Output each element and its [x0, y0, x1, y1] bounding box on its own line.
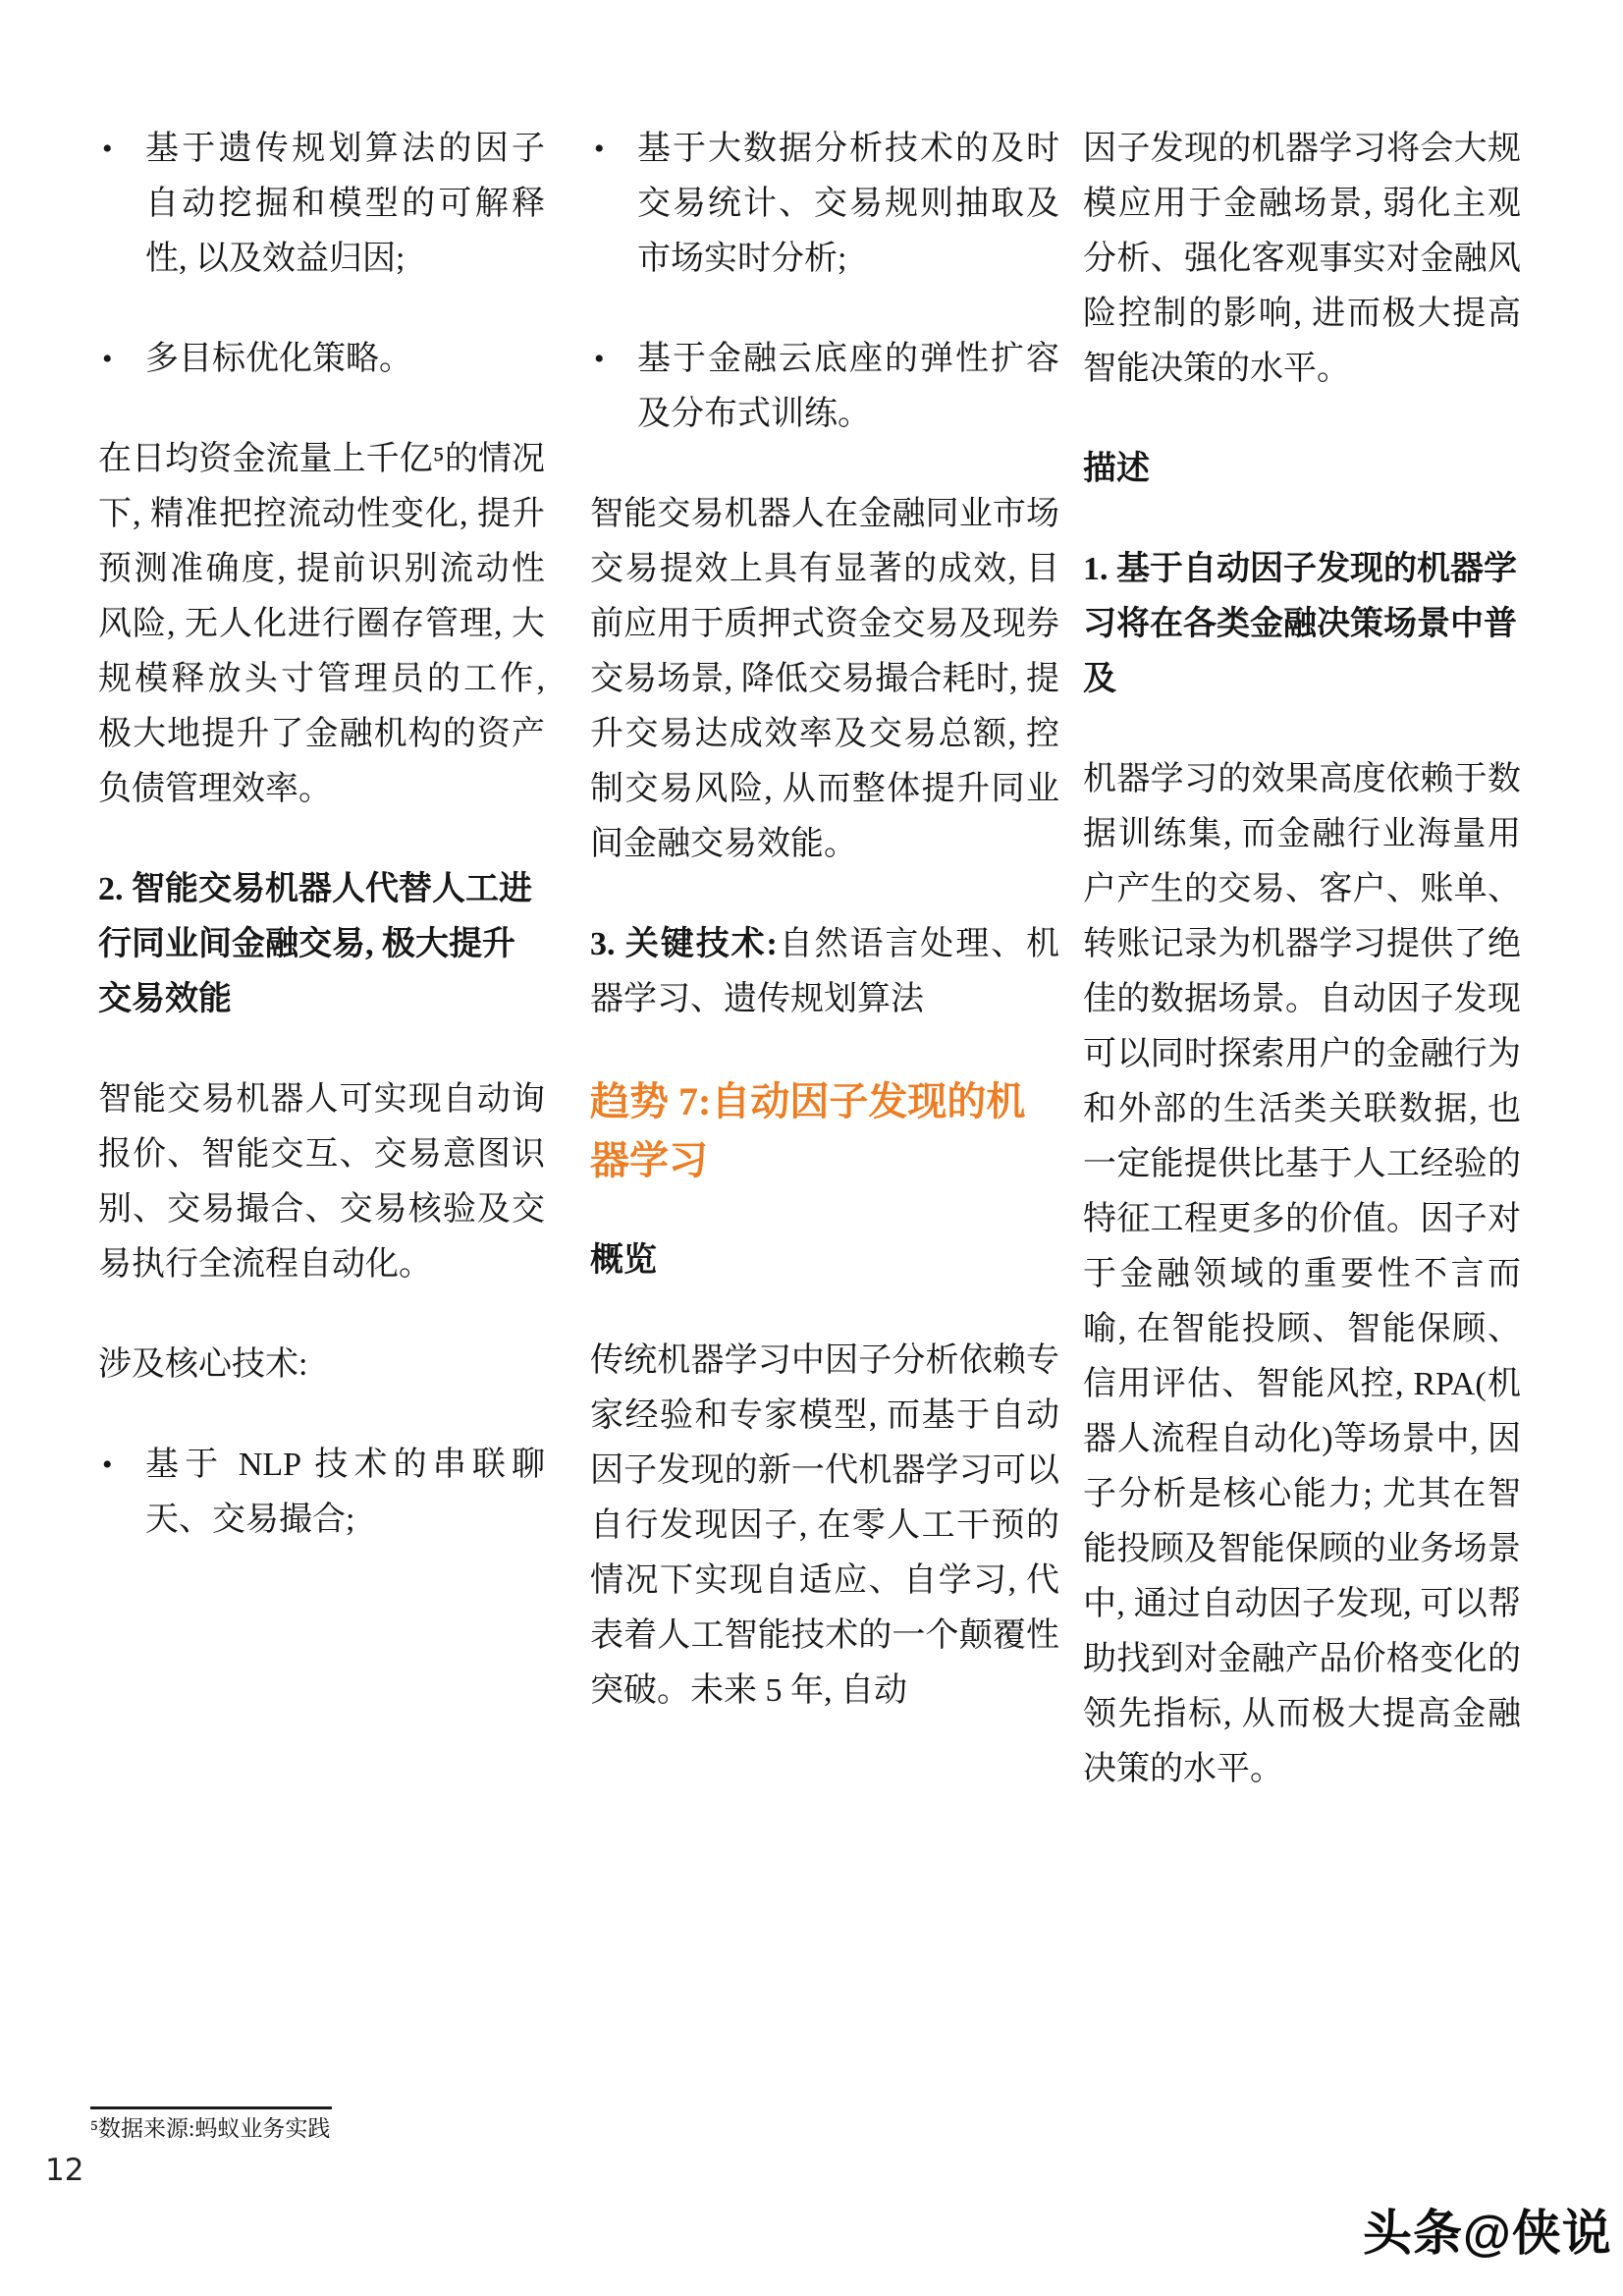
trend-heading: 趋势 7:自动因子发现的机器学习: [590, 1072, 1059, 1190]
key-tech-paragraph: 3. 关键技术:自然语言处理、机器学习、遗传规划算法: [590, 917, 1059, 1027]
list-item: • 多目标优化策略。: [98, 332, 545, 387]
paragraph: 因子发现的机器学习将会大规模应用于金融场景, 弱化主观分析、强化客观事实对金融风…: [1083, 122, 1521, 397]
paragraph: 智能交易机器人在金融同业市场交易提效上具有显著的成效, 目前应用于质押式资金交易…: [590, 487, 1059, 872]
footnote-rule: [90, 2106, 332, 2109]
overview-label: 概览: [590, 1233, 1059, 1288]
watermark: 头条@侠说: [1363, 2206, 1612, 2261]
page-number: 12: [45, 2153, 83, 2188]
bullet-text: 基于大数据分析技术的及时交易统计、交易规则抽取及市场实时分析;: [637, 122, 1059, 287]
bullet-dot-icon: •: [98, 332, 145, 387]
column-middle: • 基于大数据分析技术的及时交易统计、交易规则抽取及市场实时分析; • 基于金融…: [590, 122, 1059, 1764]
section-heading: 2. 智能交易机器人代替人工进行同业间金融交易, 极大提升交易效能: [98, 862, 545, 1027]
list-item: • 基于大数据分析技术的及时交易统计、交易规则抽取及市场实时分析;: [590, 122, 1059, 287]
bullet-dot-icon: •: [98, 122, 145, 287]
bullet-text: 多目标优化策略。: [145, 332, 545, 387]
paragraph: 在日均资金流量上千亿⁵的情况下, 精准把控流动性变化, 提升预测准确度, 提前识…: [98, 432, 545, 817]
key-tech-label: 3. 关键技术:: [590, 926, 778, 962]
paragraph: 机器学习的效果高度依赖于数据训练集, 而金融行业海量用户产生的交易、客户、账单、…: [1083, 752, 1521, 1797]
description-label: 描述: [1083, 442, 1521, 497]
content-columns: • 基于遗传规划算法的因子自动挖掘和模型的可解释性, 以及效益归因; • 多目标…: [98, 122, 1521, 1842]
footnote: ⁵数据来源:蚂蚁业务实践: [90, 2113, 330, 2145]
list-item: • 基于 NLP 技术的串联聊天、交易撮合;: [98, 1438, 545, 1548]
bullet-dot-icon: •: [590, 122, 637, 287]
bullet-dot-icon: •: [590, 332, 637, 442]
bullet-dot-icon: •: [98, 1438, 145, 1548]
list-item: • 基于遗传规划算法的因子自动挖掘和模型的可解释性, 以及效益归因;: [98, 122, 545, 287]
bullet-text: 基于 NLP 技术的串联聊天、交易撮合;: [145, 1438, 545, 1548]
paragraph: 智能交易机器人可实现自动询报价、智能交互、交易意图识别、交易撮合、交易核验及交易…: [98, 1072, 545, 1292]
column-left: • 基于遗传规划算法的因子自动挖掘和模型的可解释性, 以及效益归因; • 多目标…: [98, 122, 545, 1593]
list-item: • 基于金融云底座的弹性扩容及分布式训练。: [590, 332, 1059, 442]
bullet-text: 基于遗传规划算法的因子自动挖掘和模型的可解释性, 以及效益归因;: [145, 122, 545, 287]
paragraph: 涉及核心技术:: [98, 1338, 545, 1393]
bullet-text: 基于金融云底座的弹性扩容及分布式训练。: [637, 332, 1059, 442]
document-page: • 基于遗传规划算法的因子自动挖掘和模型的可解释性, 以及效益归因; • 多目标…: [0, 0, 1623, 2296]
paragraph: 传统机器学习中因子分析依赖专家经验和专家模型, 而基于自动因子发现的新一代机器学…: [590, 1334, 1059, 1719]
section-heading: 1. 基于自动因子发现的机器学习将在各类金融决策场景中普及: [1083, 542, 1521, 707]
column-right: 因子发现的机器学习将会大规模应用于金融场景, 弱化主观分析、强化客观事实对金融风…: [1083, 122, 1521, 1842]
